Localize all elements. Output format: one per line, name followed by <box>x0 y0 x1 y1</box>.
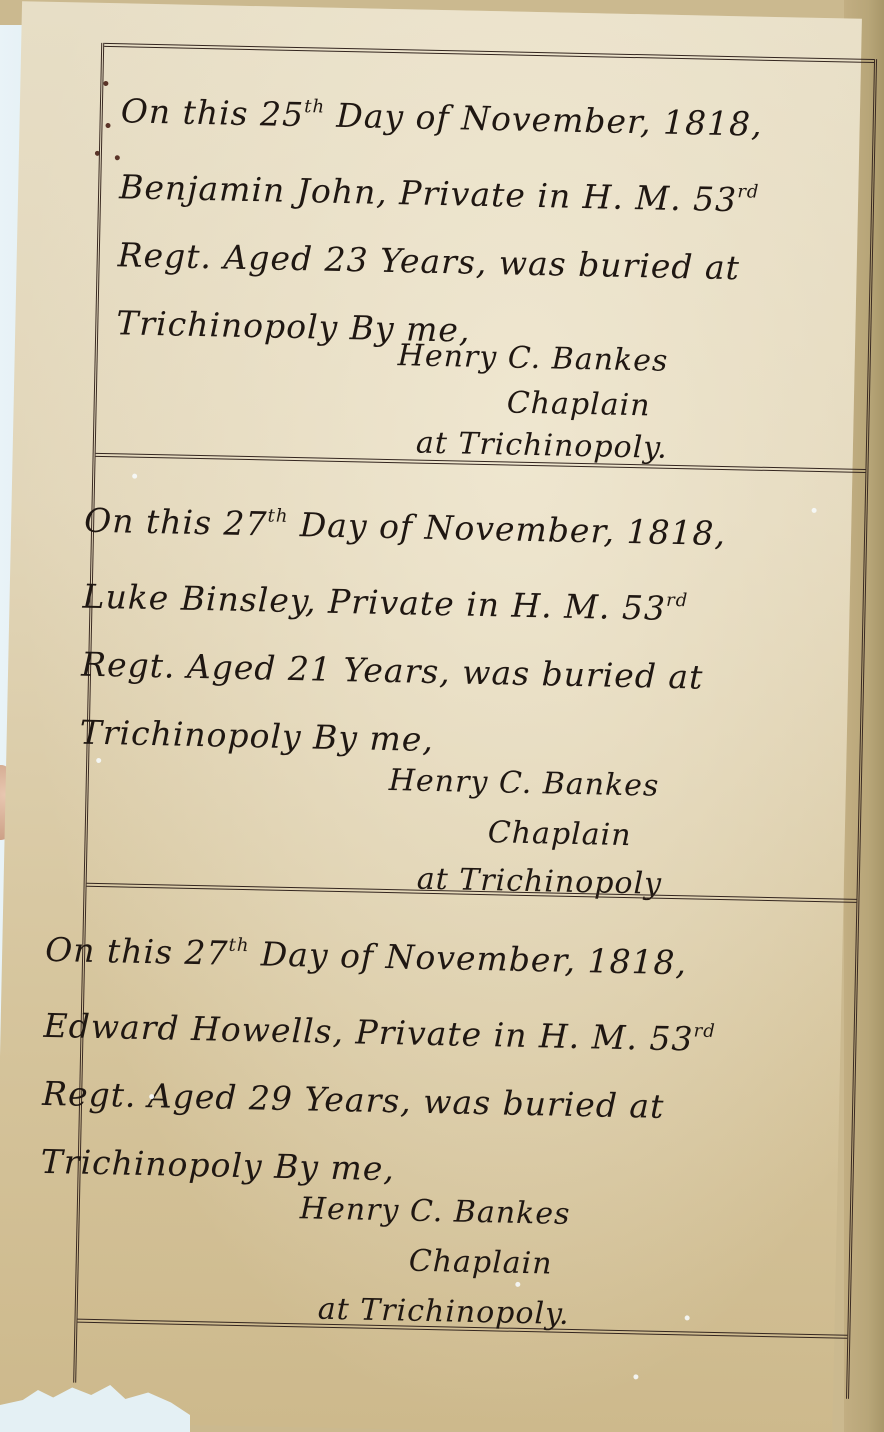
signature-place: at Trichinopoly. <box>317 1292 570 1332</box>
burial-entry-2: On this 27th Day of November, 1818, Luke… <box>87 453 866 899</box>
paper-speck <box>633 1374 638 1379</box>
signature-title: Chaplain <box>487 815 631 853</box>
register-frame: On this 25th Day of November, 1818, Benj… <box>73 43 877 1399</box>
signature-title: Chaplain <box>506 385 650 423</box>
paper-speck <box>149 1094 154 1099</box>
paper-speck <box>812 508 817 513</box>
burial-entry-1: On this 25th Day of November, 1818, Benj… <box>96 43 874 469</box>
signature-title: Chaplain <box>408 1244 552 1282</box>
signature-name: Henry C. Bankes <box>299 1191 570 1232</box>
burial-entry-3: On this 27th Day of November, 1818, Edwa… <box>77 883 856 1339</box>
entry-text: On this 27th Day of November, 1818, Edwa… <box>40 908 836 1212</box>
entry-text: On this 27th Day of November, 1818, Luke… <box>79 479 845 783</box>
register-page: On this 25th Day of November, 1818, Benj… <box>0 1 862 1432</box>
paper-speck <box>132 474 137 479</box>
signature-name: Henry C. Bankes <box>388 763 659 804</box>
signature-name: Henry C. Bankes <box>397 338 668 379</box>
paper-speck <box>96 758 101 763</box>
paper-speck <box>515 1282 520 1287</box>
entry-text: On this 25th Day of November, 1818, Benj… <box>116 69 854 372</box>
paper-speck <box>685 1315 690 1320</box>
